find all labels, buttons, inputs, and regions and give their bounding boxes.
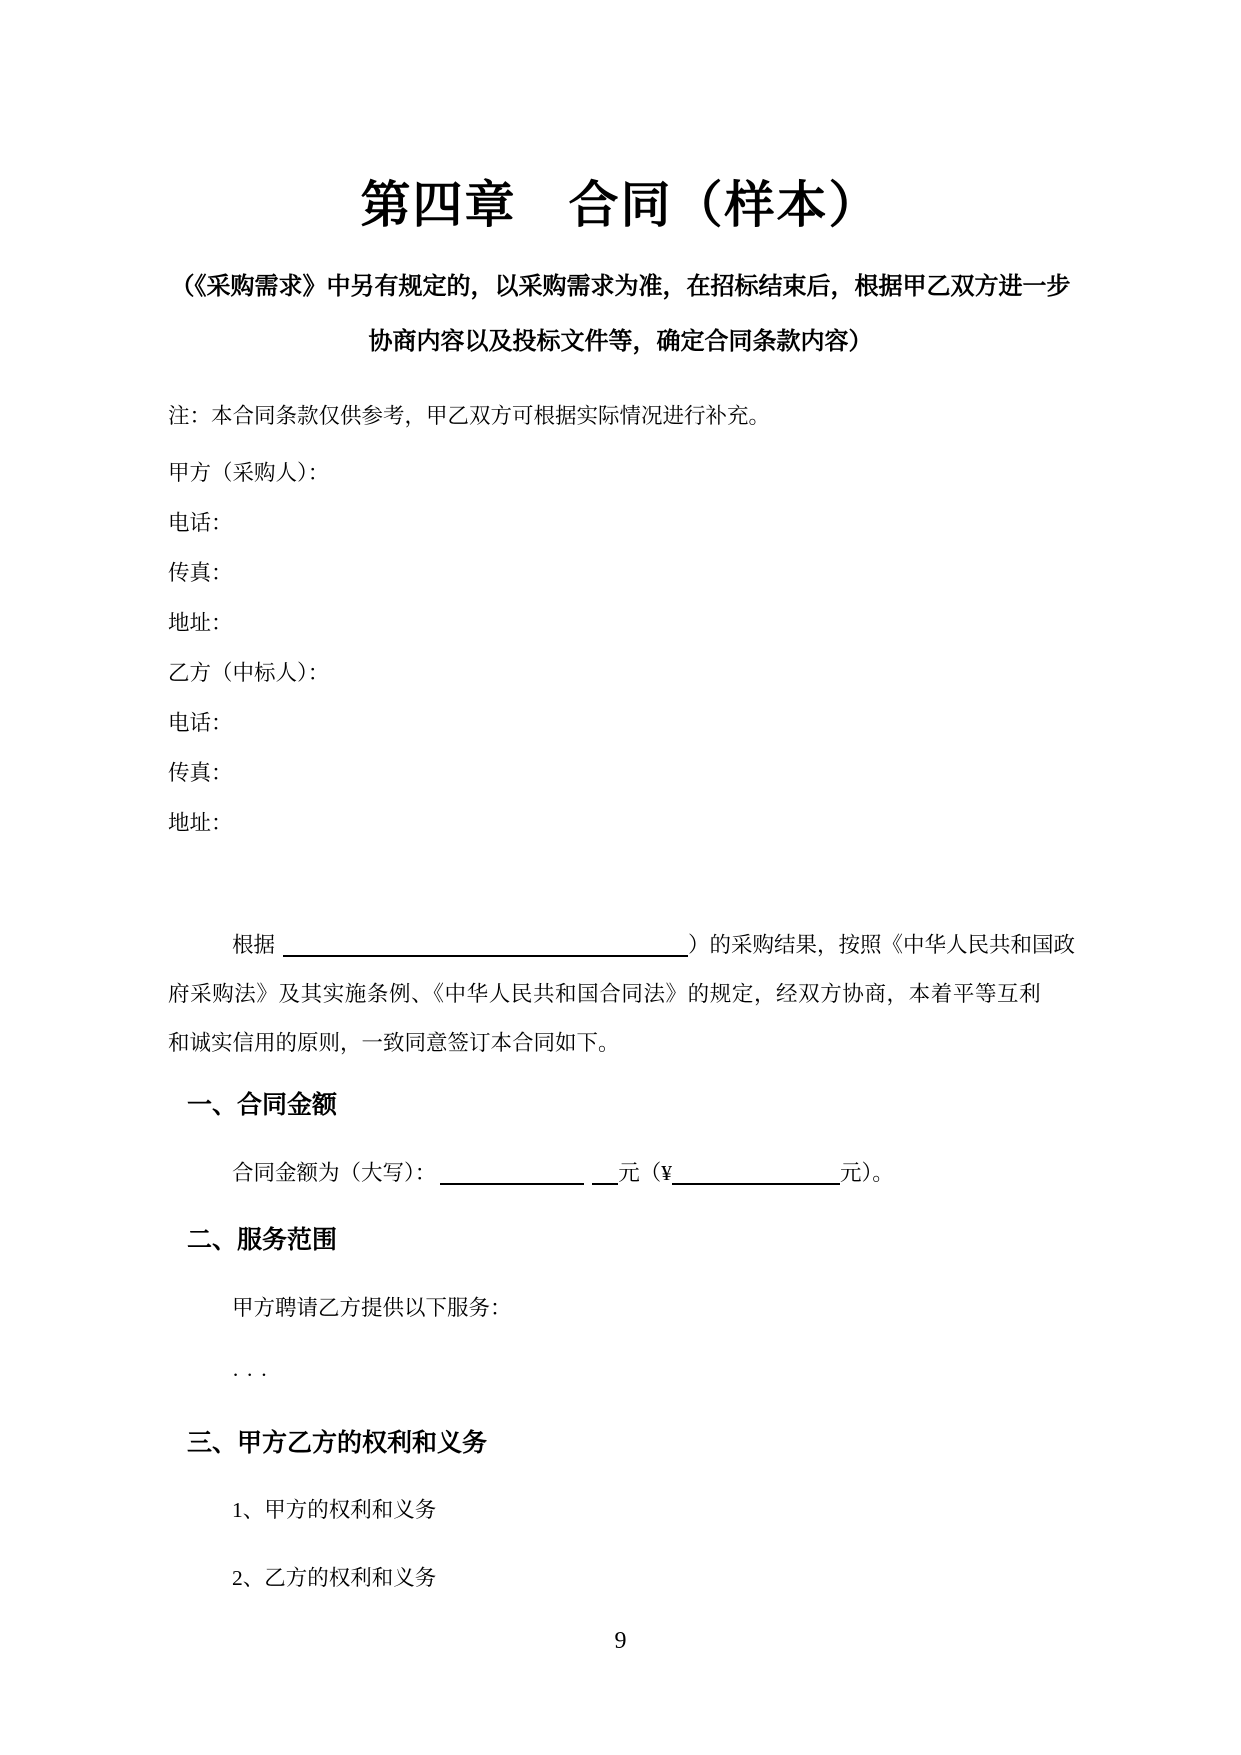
party-b-fax-label: 传真： <box>168 748 1073 798</box>
party-a-fax-label: 传真： <box>168 548 1073 598</box>
party-fields: 甲方（采购人）： 电话： 传真： 地址： 乙方（中标人）： 电话： 传真： 地址… <box>168 448 1073 848</box>
blank-amount-words <box>440 1180 584 1185</box>
party-a-label: 甲方（采购人）： <box>168 448 1073 498</box>
amount-suffix: 元）。 <box>840 1161 894 1185</box>
ellipsis-placeholder: ··· <box>168 1342 1073 1410</box>
section-1-heading: 一、合同金额 <box>168 1072 1073 1140</box>
section-3-item-1: 1、甲方的权利和义务 <box>168 1477 1073 1545</box>
basis-line-1-suffix: ）的采购结果，按照《中华人民共和国政 <box>688 933 1075 957</box>
reference-note: 注：本合同条款仅供参考，甲乙双方可根据实际情况进行补充。 <box>168 391 1073 441</box>
contract-sample-page: 第四章 合同（样本） （《采购需求》中另有规定的，以采购需求为准，在招标结束后，… <box>0 0 1241 1755</box>
chapter-title: 第四章 合同（样本） <box>168 170 1073 240</box>
amount-prefix: 合同金额为（大写）： <box>232 1161 436 1185</box>
contract-sections: 一、合同金额 合同金额为（大写）：元（¥元）。 二、服务范围 甲方聘请乙方提供以… <box>168 1072 1073 1612</box>
blank-amount-words-tail <box>592 1180 618 1185</box>
intro-note-line-1: （《采购需求》中另有规定的，以采购需求为准，在招标结束后，根据甲乙双方进一步 <box>168 259 1073 314</box>
intro-note-line-2: 协商内容以及投标文件等，确定合同条款内容） <box>168 314 1073 369</box>
section-3-item-2: 2、乙方的权利和义务 <box>168 1545 1073 1613</box>
party-b-phone-label: 电话： <box>168 698 1073 748</box>
party-a-phone-label: 电话： <box>168 498 1073 548</box>
blank-procurement-project <box>283 952 688 957</box>
party-a-address-label: 地址： <box>168 598 1073 648</box>
section-2-heading: 二、服务范围 <box>168 1207 1073 1275</box>
basis-line-1: 根据）的采购结果，按照《中华人民共和国政 <box>168 921 1073 970</box>
basis-line-3: 和诚实信用的原则，一致同意签订本合同如下。 <box>168 1019 1073 1068</box>
basis-line-1-prefix: 根据 <box>232 933 275 957</box>
section-3-heading: 三、甲方乙方的权利和义务 <box>168 1410 1073 1478</box>
section-2-body: 甲方聘请乙方提供以下服务： <box>168 1275 1073 1343</box>
page-number: 9 <box>168 1626 1073 1656</box>
basis-line-2: 府采购法》及其实施条例、《中华人民共和国合同法》的规定，经双方协商，本着平等互利 <box>168 970 1073 1019</box>
amount-mid: 元（¥ <box>618 1161 672 1185</box>
basis-paragraph: 根据）的采购结果，按照《中华人民共和国政 府采购法》及其实施条例、《中华人民共和… <box>168 921 1073 1068</box>
party-b-address-label: 地址： <box>168 798 1073 848</box>
blank-amount-figures <box>672 1180 840 1185</box>
party-b-label: 乙方（中标人）： <box>168 648 1073 698</box>
contract-amount-line: 合同金额为（大写）：元（¥元）。 <box>168 1140 1073 1208</box>
intro-note: （《采购需求》中另有规定的，以采购需求为准，在招标结束后，根据甲乙双方进一步 协… <box>168 259 1073 369</box>
